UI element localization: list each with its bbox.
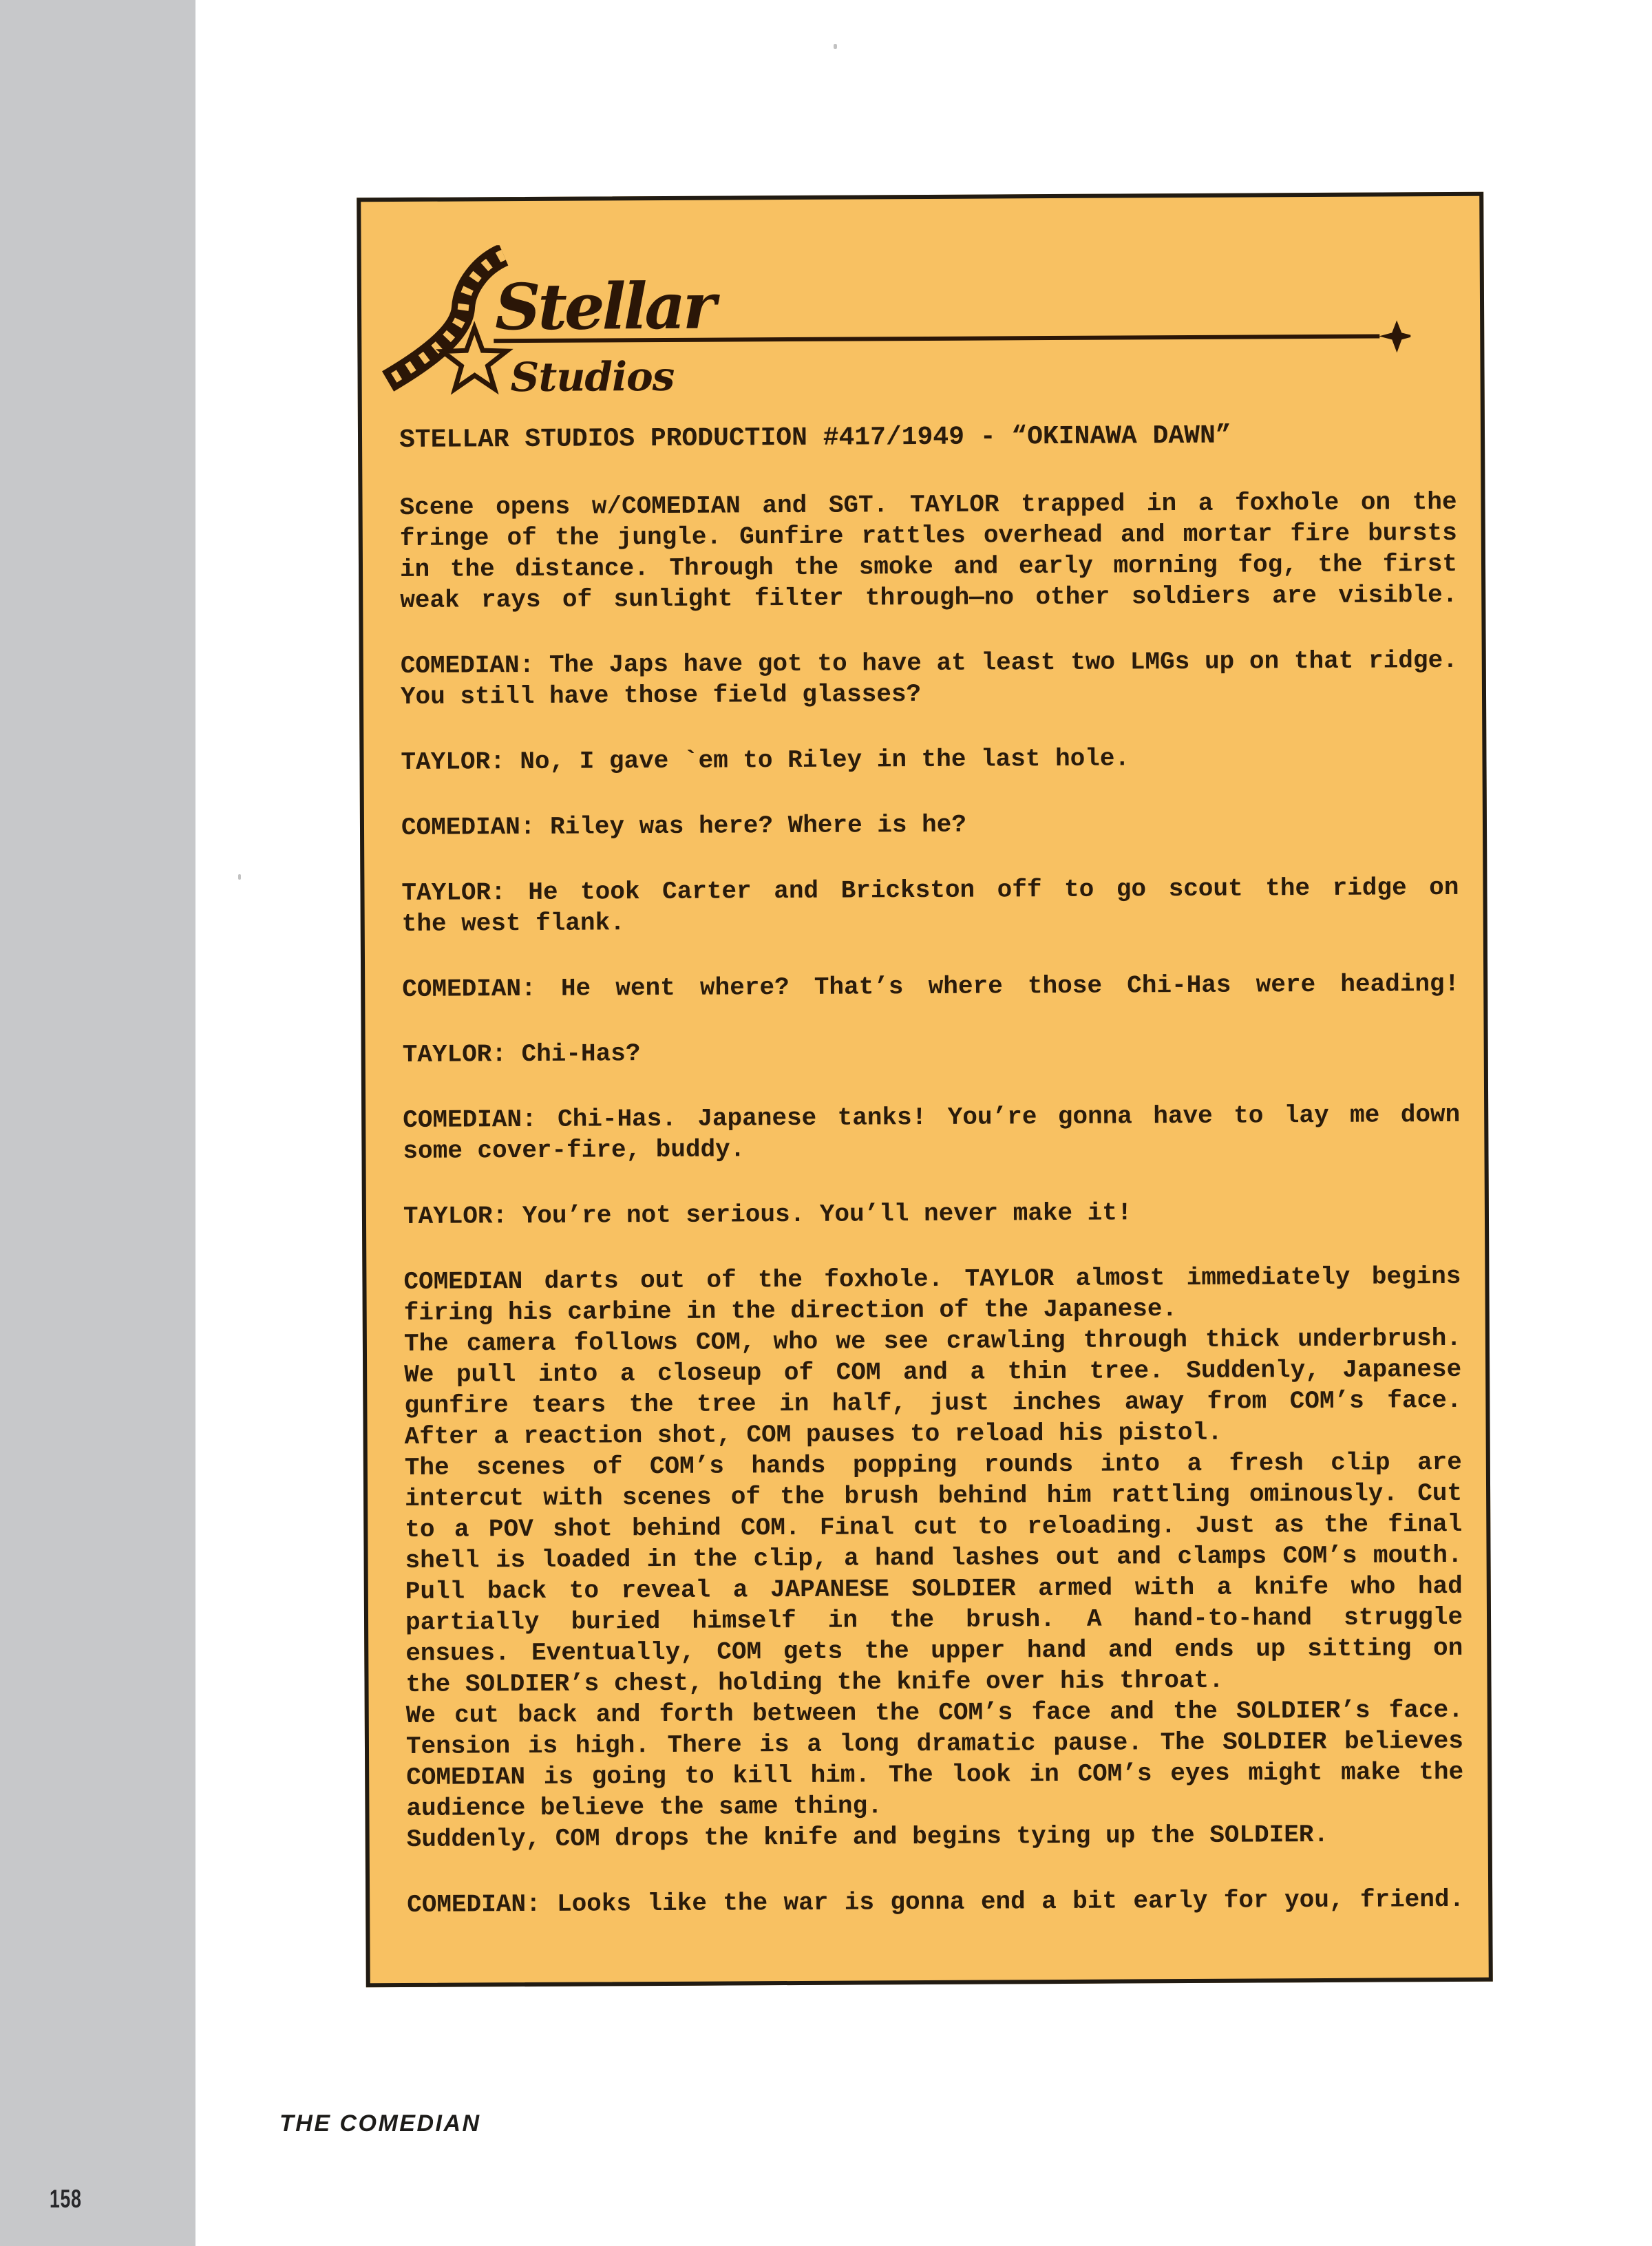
script-paragraph: TAYLOR: You’re not serious. You’ll never…: [403, 1196, 1461, 1232]
script-line: COMEDIAN is going to kill him. The look …: [406, 1757, 1463, 1793]
script-line: shell is loaded in the clip, a hand lash…: [405, 1540, 1462, 1576]
script-line: in the distance. Through the smoke and e…: [400, 549, 1457, 585]
script-line: the SOLDIER’s chest, holding the knife o…: [405, 1664, 1463, 1700]
script-line: The camera follows COM, who we see crawl…: [404, 1323, 1461, 1359]
print-speck: [238, 874, 241, 880]
script-line: TAYLOR: You’re not serious. You’ll never…: [403, 1196, 1461, 1232]
script-document: Stellar Studios STELLAR STUDIOS PRODUCTI…: [357, 192, 1493, 1988]
script-line: COMEDIAN: Looks like the war is gonna en…: [407, 1884, 1464, 1920]
script-paragraph: Scene opens w/COMEDIAN and SGT. TAYLOR t…: [399, 487, 1457, 616]
script-line: TAYLOR: Chi-Has?: [403, 1034, 1460, 1070]
script-line: some cover-fire, buddy.: [403, 1130, 1460, 1167]
script-line: the west flank.: [402, 903, 1459, 940]
script-paragraph: COMEDIAN: Riley was here? Where is he?: [401, 807, 1459, 843]
script-line: COMEDIAN: Chi-Has. Japanese tanks! You’r…: [403, 1099, 1460, 1136]
script-line: Scene opens w/COMEDIAN and SGT. TAYLOR t…: [399, 487, 1457, 523]
logo-sub-wordmark: Studios: [510, 353, 674, 401]
script-paragraph: COMEDIAN: He went where? That’s where th…: [402, 968, 1459, 1005]
script-line: COMEDIAN: The Japs have got to have at l…: [401, 645, 1458, 681]
script-line: The scenes of COM’s hands popping rounds…: [405, 1447, 1462, 1483]
script-line: After a reaction shot, COM pauses to rel…: [405, 1416, 1462, 1452]
script-paragraph: COMEDIAN: The Japs have got to have at l…: [401, 645, 1458, 712]
script-line: You still have those field glasses?: [401, 676, 1458, 712]
script-paragraph: TAYLOR: He took Carter and Brickston off…: [401, 872, 1459, 940]
book-page: { "colors": { "page_background": "#fffff…: [0, 0, 1652, 2246]
script-line: weak rays of sunlight filter through—no …: [400, 580, 1457, 616]
script-paragraph: TAYLOR: Chi-Has?: [403, 1034, 1460, 1070]
script-line: partially buried himself in the brush. A…: [405, 1602, 1463, 1638]
left-gutter-strip: [0, 0, 195, 2246]
script-line: audience believe the same thing.: [406, 1788, 1463, 1824]
script-body: Scene opens w/COMEDIAN and SGT. TAYLOR t…: [399, 487, 1464, 1920]
script-line: COMEDIAN darts out of the foxhole. TAYLO…: [403, 1261, 1461, 1297]
print-speck: [834, 44, 837, 49]
logo-wordmark: Stellar: [495, 269, 721, 345]
script-line: COMEDIAN: Riley was here? Where is he?: [401, 807, 1459, 843]
page-number: 158: [50, 2185, 82, 2214]
stellar-studios-logo: Stellar Studios: [378, 240, 1411, 425]
script-line: fringe of the jungle. Gunfire rattles ov…: [400, 518, 1457, 554]
script-line: Pull back to reveal a JAPANESE SOLDIER a…: [405, 1571, 1463, 1607]
script-line: intercut with scenes of the brush behind…: [405, 1478, 1462, 1514]
script-line: Suddenly, COM drops the knife and begins…: [407, 1819, 1464, 1855]
script-paragraph: COMEDIAN: Chi-Has. Japanese tanks! You’r…: [403, 1099, 1460, 1167]
script-line: ensues. Eventually, COM gets the upper h…: [405, 1633, 1463, 1669]
script-paragraph: COMEDIAN darts out of the foxhole. TAYLO…: [403, 1261, 1463, 1855]
script-paragraph: TAYLOR: No, I gave `em to Riley in the l…: [401, 741, 1458, 778]
script-line: Tension is high. There is a long dramati…: [406, 1726, 1463, 1762]
script-line: to a POV shot behind COM. Final cut to r…: [405, 1509, 1462, 1545]
script-line: COMEDIAN: He went where? That’s where th…: [402, 968, 1459, 1005]
sparkle-star-icon: [1379, 320, 1411, 352]
script-line: TAYLOR: No, I gave `em to Riley in the l…: [401, 741, 1458, 778]
script-line: TAYLOR: He took Carter and Brickston off…: [401, 872, 1459, 909]
script-line: We cut back and forth between the COM’s …: [406, 1695, 1463, 1731]
script-line: We pull into a closeup of COM and a thin…: [404, 1354, 1461, 1390]
script-line: firing his carbine in the direction of t…: [404, 1292, 1461, 1328]
production-title: STELLAR STUDIOS PRODUCTION #417/1949 - “…: [399, 419, 1473, 456]
footer-chapter-title: THE COMEDIAN: [279, 2110, 481, 2137]
script-paragraph: COMEDIAN: Looks like the war is gonna en…: [407, 1884, 1464, 1920]
script-line: gunfire tears the tree in half, just inc…: [404, 1385, 1461, 1421]
